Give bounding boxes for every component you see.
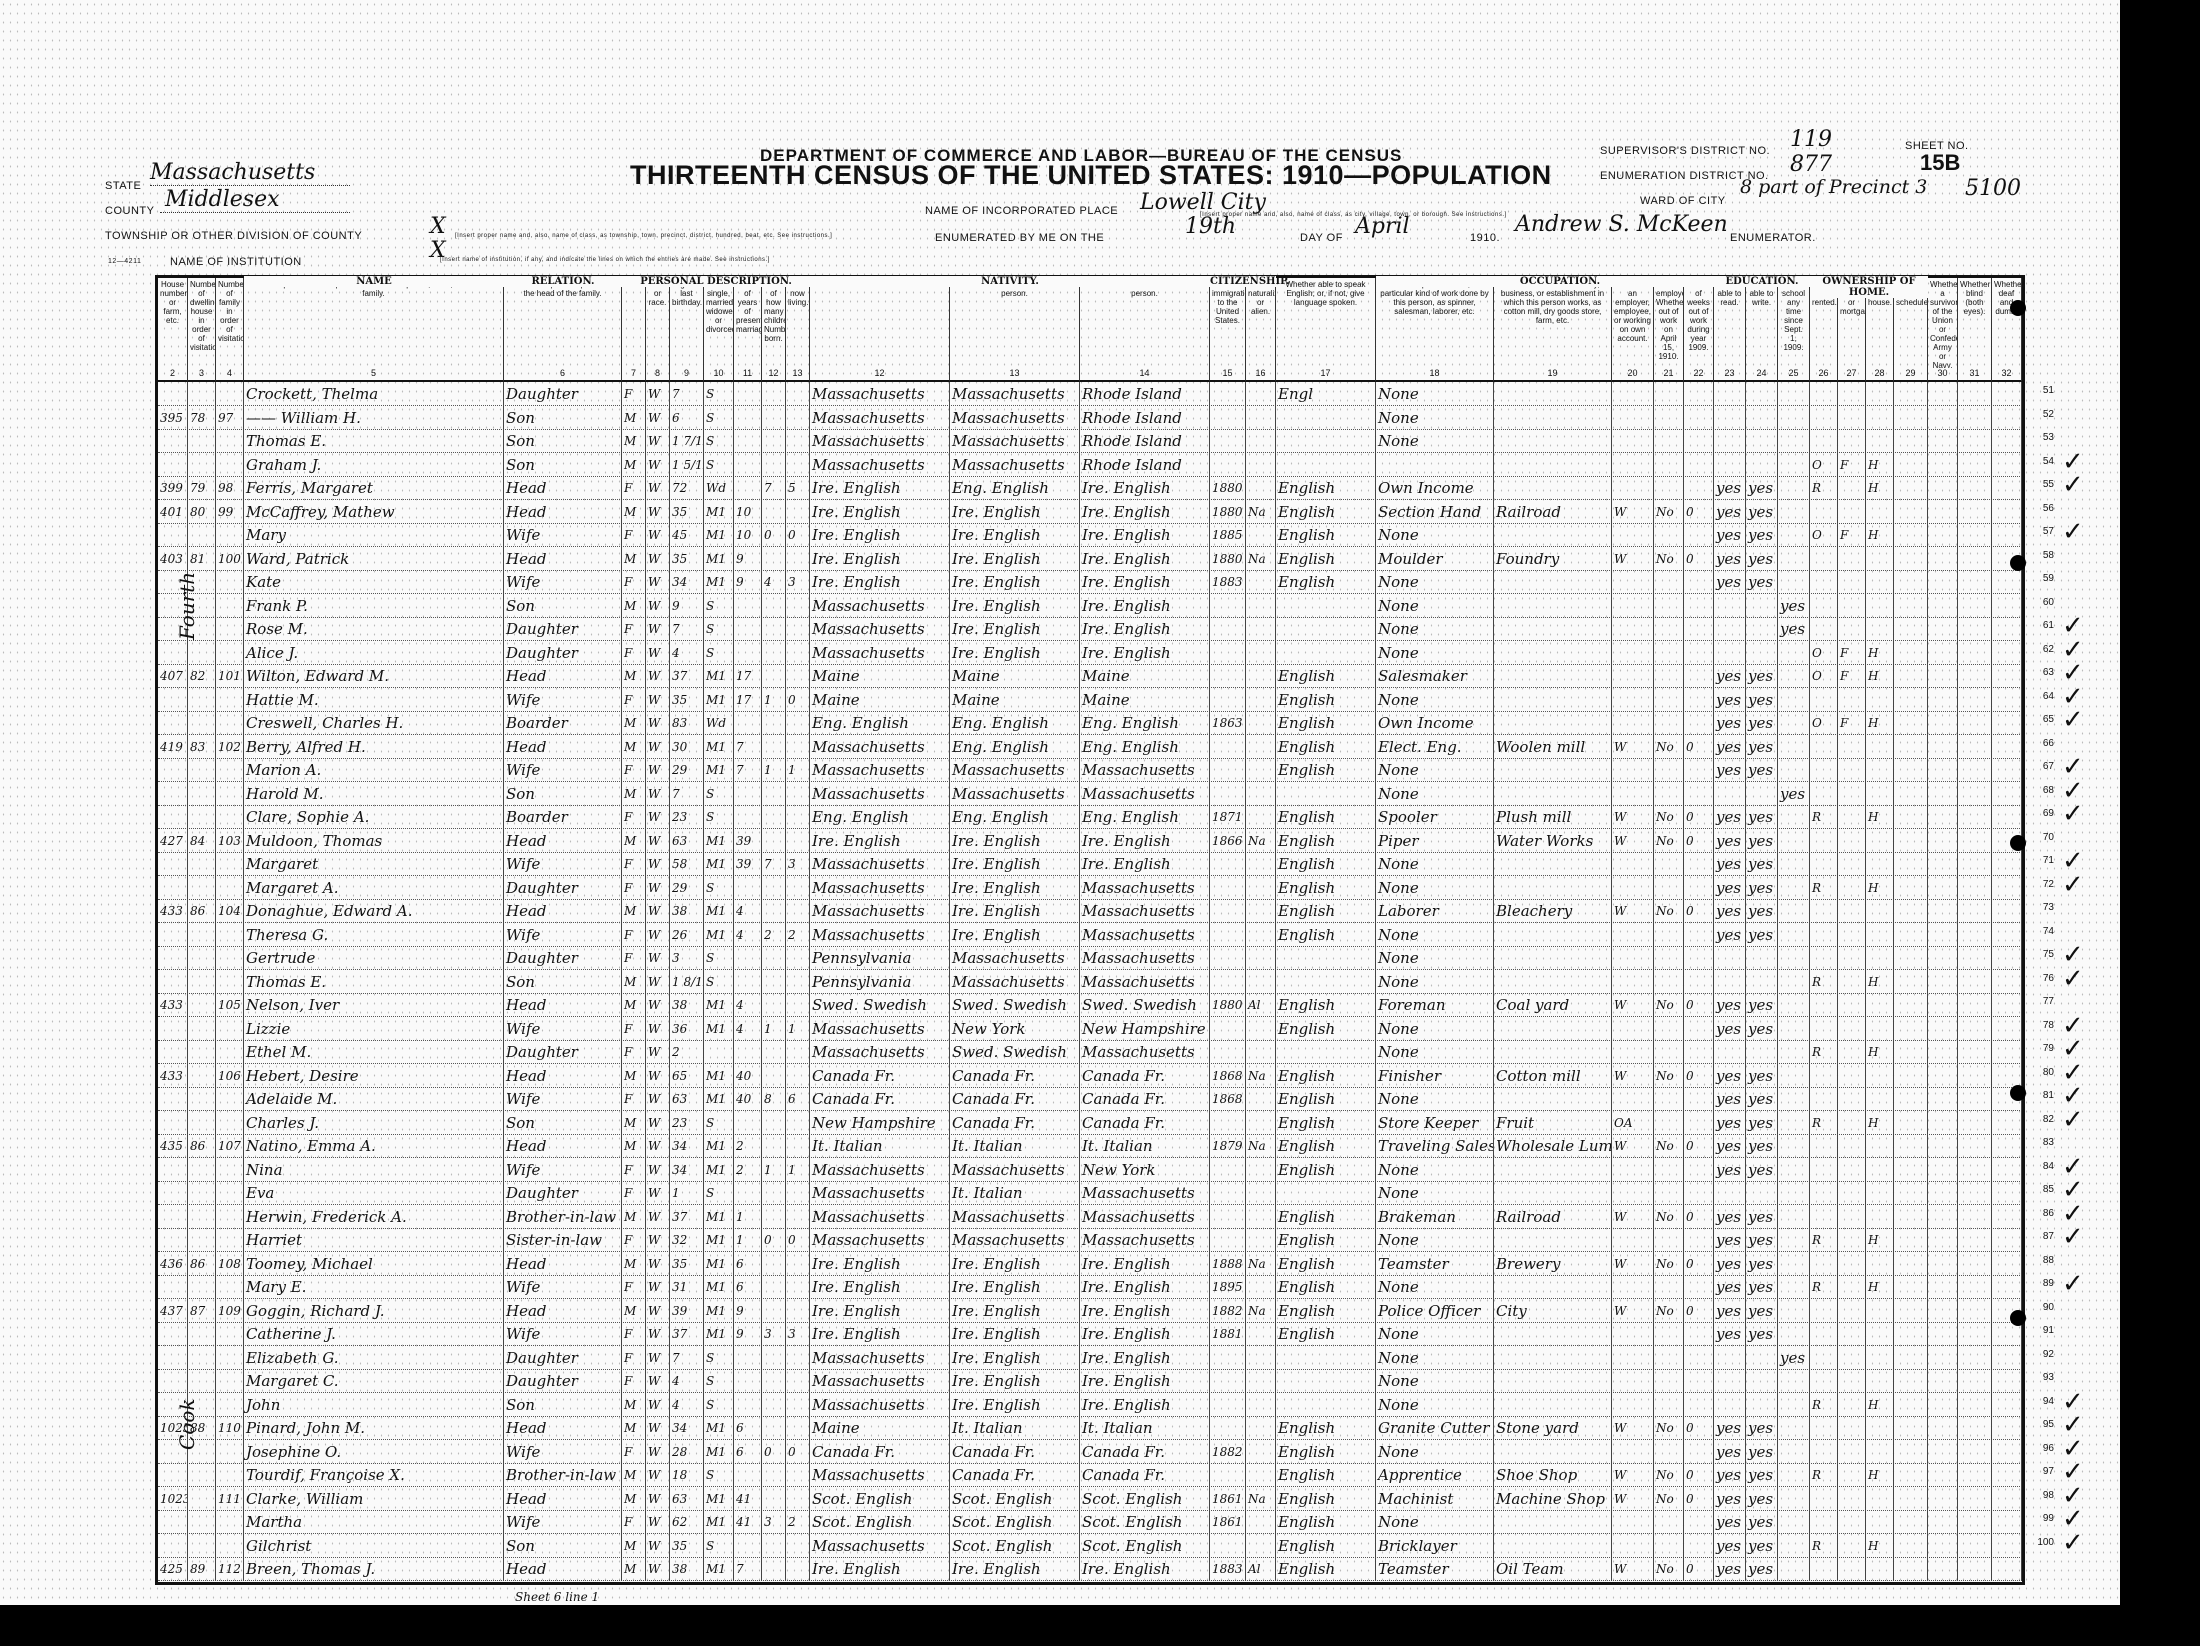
cell-free	[1838, 923, 1866, 947]
cell-house	[158, 641, 188, 665]
cell-age: 63	[670, 829, 704, 853]
cell-house: 433	[158, 899, 188, 923]
cell-farm	[1866, 1299, 1894, 1323]
cell-english: English	[1276, 688, 1376, 712]
cell-natur	[1246, 664, 1276, 688]
cell-race: W	[646, 735, 670, 759]
cell-english: English	[1276, 664, 1376, 688]
cell-age: 35	[670, 547, 704, 571]
cell-out: No	[1654, 899, 1684, 923]
cell-relation: Daughter	[504, 1346, 622, 1370]
cell-blank	[1958, 782, 1992, 806]
line-number: 68	[2030, 785, 2054, 796]
cell-dwelling	[188, 711, 216, 735]
line-number: 55	[2030, 479, 2054, 490]
cell-family	[216, 805, 244, 829]
cell-farm: H	[1866, 1534, 1894, 1558]
cell-race: W	[646, 946, 670, 970]
cell-house	[158, 688, 188, 712]
cell-free	[1838, 993, 1866, 1017]
cell-name: Hebert, Desire	[244, 1064, 504, 1088]
cell-blank	[1992, 453, 2022, 477]
cell-occupation: None	[1376, 852, 1494, 876]
cell-marital: S	[704, 382, 734, 406]
cell-read	[1714, 641, 1746, 665]
cell-write: yes	[1746, 711, 1778, 735]
cell-occupation: None	[1376, 782, 1494, 806]
line-number: 64	[2030, 691, 2054, 702]
cell-marital: M1	[704, 899, 734, 923]
cell-race: W	[646, 899, 670, 923]
cell-mother: Ire. English	[1080, 570, 1210, 594]
cell-father: Ire. English	[950, 547, 1080, 571]
cell-house	[158, 1040, 188, 1064]
cell-occupation: None	[1376, 923, 1494, 947]
cell-blank	[1894, 1158, 1928, 1182]
cell-emp	[1612, 476, 1654, 500]
cell-marital: M1	[704, 523, 734, 547]
cell-blank	[1958, 500, 1992, 524]
cell-sex: F	[622, 758, 646, 782]
cell-blank	[1992, 1017, 2022, 1041]
cell-school	[1778, 1017, 1810, 1041]
cell-occupation: Own Income	[1376, 476, 1494, 500]
cell-immig	[1210, 688, 1246, 712]
cell-born: 0	[762, 523, 786, 547]
table-row: 43386104Donaghue, Edward A.HeadMW38M14Ma…	[158, 899, 2022, 923]
cell-born	[762, 453, 786, 477]
cell-english: English	[1276, 1158, 1376, 1182]
cell-blank	[1992, 1346, 2022, 1370]
cell-family	[216, 688, 244, 712]
cell-father: Massachusetts	[950, 1228, 1080, 1252]
cell-farm	[1866, 735, 1894, 759]
cell-blank	[1894, 1557, 1928, 1581]
cell-blank	[1958, 1017, 1992, 1041]
cell-occupation: None	[1376, 429, 1494, 453]
cell-emp	[1612, 946, 1654, 970]
cell-immig	[1210, 664, 1246, 688]
cell-birth: Scot. English	[810, 1487, 950, 1511]
ward-label: Ward of city	[1640, 195, 1726, 207]
cell-age: 29	[670, 758, 704, 782]
cell-blank	[1928, 1510, 1958, 1534]
cell-weeks	[1684, 758, 1714, 782]
cell-write: yes	[1746, 1134, 1778, 1158]
cell-farm	[1866, 1346, 1894, 1370]
cell-marital: M1	[704, 829, 734, 853]
cell-english: English	[1276, 1487, 1376, 1511]
cell-occupation: None	[1376, 1087, 1494, 1111]
cell-natur: Al	[1246, 993, 1276, 1017]
cell-write: yes	[1746, 1487, 1778, 1511]
cell-years-married	[734, 1393, 762, 1417]
cell-read: yes	[1714, 1134, 1746, 1158]
cell-race: W	[646, 1463, 670, 1487]
cell-years-married: 1	[734, 1228, 762, 1252]
cell-house	[158, 1017, 188, 1041]
cell-age: 72	[670, 476, 704, 500]
cell-read: yes	[1714, 711, 1746, 735]
cell-birth: Ire. English	[810, 1322, 950, 1346]
cell-name: Gilchrist	[244, 1534, 504, 1558]
cell-sex: M	[622, 453, 646, 477]
cell-read: yes	[1714, 1510, 1746, 1534]
cell-out	[1654, 476, 1684, 500]
cell-industry: Railroad	[1494, 1205, 1612, 1229]
cell-write: yes	[1746, 852, 1778, 876]
cell-school	[1778, 641, 1810, 665]
cell-free	[1838, 617, 1866, 641]
cell-english: English	[1276, 876, 1376, 900]
cell-natur	[1246, 1440, 1276, 1464]
cell-blank	[1958, 382, 1992, 406]
cell-english: English	[1276, 1299, 1376, 1323]
checkmark-icon: ✓	[2062, 1063, 2084, 1083]
line-number: 95	[2030, 1419, 2054, 1430]
cell-years-married	[734, 429, 762, 453]
column-header-immig: Year of immigration to the United States…	[1210, 278, 1246, 368]
cell-mother: Ire. English	[1080, 523, 1210, 547]
enum-year: 1910.	[1470, 232, 1500, 244]
cell-immig: 1888	[1210, 1252, 1246, 1276]
column-header-mother: Place of birth of Mother of this person.	[1080, 278, 1210, 368]
cell-age: 7	[670, 782, 704, 806]
cell-years-married: 17	[734, 688, 762, 712]
column-number: 12	[762, 368, 786, 382]
cell-emp	[1612, 1534, 1654, 1558]
cell-blank	[1992, 1463, 2022, 1487]
cell-family	[216, 876, 244, 900]
cell-emp: W	[1612, 1064, 1654, 1088]
cell-age: 7	[670, 617, 704, 641]
cell-relation: Son	[504, 453, 622, 477]
cell-industry: Bleachery	[1494, 899, 1612, 923]
cell-house	[158, 429, 188, 453]
cell-age: 38	[670, 899, 704, 923]
census-table: House number or farm, etc.2Number of dwe…	[155, 275, 2025, 1585]
cell-sex: M	[622, 429, 646, 453]
cell-occupation: None	[1376, 617, 1494, 641]
cell-industry	[1494, 1040, 1612, 1064]
cell-write	[1746, 946, 1778, 970]
checkmark-icon: ✓	[2062, 945, 2084, 965]
cell-immig: 1885	[1210, 523, 1246, 547]
column-header-father: Place of birth of Father of this person.	[950, 278, 1080, 368]
cell-family	[216, 1393, 244, 1417]
cell-blank	[1894, 876, 1928, 900]
cell-family	[216, 1111, 244, 1135]
cell-name: Margaret	[244, 852, 504, 876]
cell-industry: Wholesale Lumber	[1494, 1134, 1612, 1158]
cell-emp	[1612, 758, 1654, 782]
cell-industry	[1494, 1369, 1612, 1393]
line-number: 98	[2030, 1490, 2054, 1501]
cell-sex: F	[622, 1346, 646, 1370]
cell-name: Ethel M.	[244, 1040, 504, 1064]
cell-father: Canada Fr.	[950, 1463, 1080, 1487]
table-row: 42784103Muldoon, ThomasHeadMW63M139Ire. …	[158, 829, 2022, 853]
cell-blank	[1894, 523, 1928, 547]
cell-mother: Maine	[1080, 688, 1210, 712]
cell-out	[1654, 852, 1684, 876]
cell-birth: Ire. English	[810, 1252, 950, 1276]
cell-natur	[1246, 1534, 1276, 1558]
cell-emp	[1612, 429, 1654, 453]
cell-years-married: 2	[734, 1134, 762, 1158]
cell-industry	[1494, 476, 1612, 500]
cell-occupation: Laborer	[1376, 899, 1494, 923]
cell-dwelling	[188, 970, 216, 994]
cell-years-married: 9	[734, 570, 762, 594]
cell-english	[1276, 1369, 1376, 1393]
cell-years-married: 1	[734, 1205, 762, 1229]
cell-blank	[1992, 1416, 2022, 1440]
cell-farm	[1866, 1087, 1894, 1111]
cell-dwelling: 82	[188, 664, 216, 688]
cell-blank	[1928, 735, 1958, 759]
cell-mother: Massachusetts	[1080, 923, 1210, 947]
cell-immig	[1210, 453, 1246, 477]
cell-age: 4	[670, 641, 704, 665]
checkmark-icon: ✓	[2062, 969, 2084, 989]
cell-relation: Daughter	[504, 946, 622, 970]
cell-read: yes	[1714, 829, 1746, 853]
cell-owned: R	[1810, 1040, 1838, 1064]
cell-occupation: None	[1376, 758, 1494, 782]
cell-father: It. Italian	[950, 1134, 1080, 1158]
cell-occupation: Section Hand	[1376, 500, 1494, 524]
cell-immig: 1879	[1210, 1134, 1246, 1158]
cell-farm: H	[1866, 1463, 1894, 1487]
cell-family	[216, 1346, 244, 1370]
cell-years-married: 40	[734, 1087, 762, 1111]
cell-school	[1778, 1534, 1810, 1558]
street-note-cook: Cook	[175, 1398, 199, 1450]
cell-mother: Canada Fr.	[1080, 1087, 1210, 1111]
cell-school	[1778, 1040, 1810, 1064]
cell-immig	[1210, 1416, 1246, 1440]
cell-name: Crockett, Thelma	[244, 382, 504, 406]
cell-natur	[1246, 1275, 1276, 1299]
cell-immig: 1882	[1210, 1440, 1246, 1464]
cell-free	[1838, 805, 1866, 829]
cell-weeks: 0	[1684, 1252, 1714, 1276]
cell-industry	[1494, 923, 1612, 947]
cell-english: English	[1276, 993, 1376, 1017]
cell-birth: Massachusetts	[810, 876, 950, 900]
cell-dwelling	[188, 453, 216, 477]
cell-blank	[1992, 1228, 2022, 1252]
cell-race: W	[646, 1346, 670, 1370]
cell-birth: Swed. Swedish	[810, 993, 950, 1017]
cell-write: yes	[1746, 688, 1778, 712]
cell-name: Nina	[244, 1158, 504, 1182]
cell-immig: 1895	[1210, 1275, 1246, 1299]
cell-free	[1838, 735, 1866, 759]
cell-blank	[1992, 711, 2022, 735]
cell-english: English	[1276, 476, 1376, 500]
cell-owned	[1810, 617, 1838, 641]
cell-blank	[1928, 476, 1958, 500]
cell-house	[158, 1111, 188, 1135]
cell-marital: M1	[704, 1017, 734, 1041]
cell-owned	[1810, 429, 1838, 453]
cell-school	[1778, 946, 1810, 970]
column-header-emp: Whether an employer, employee, or workin…	[1612, 278, 1654, 368]
cell-natur	[1246, 946, 1276, 970]
cell-living	[786, 1369, 810, 1393]
cell-house	[158, 852, 188, 876]
cell-birth: Massachusetts	[810, 782, 950, 806]
cell-read: yes	[1714, 500, 1746, 524]
line-number: 80	[2030, 1067, 2054, 1078]
cell-family	[216, 429, 244, 453]
cell-emp	[1612, 688, 1654, 712]
cell-blank	[1958, 1087, 1992, 1111]
line-number: 76	[2030, 973, 2054, 984]
cell-emp: W	[1612, 1416, 1654, 1440]
cell-industry: Cotton mill	[1494, 1064, 1612, 1088]
cell-marital: S	[704, 1181, 734, 1205]
cell-race: W	[646, 523, 670, 547]
table-row: Frank P.SonMW9SMassachusettsIre. English…	[158, 594, 2022, 618]
cell-blank	[1894, 1416, 1928, 1440]
cell-out	[1654, 382, 1684, 406]
cell-born	[762, 1299, 786, 1323]
cell-living	[786, 1111, 810, 1135]
cell-family	[216, 1275, 244, 1299]
cell-blank	[1928, 852, 1958, 876]
cell-emp	[1612, 782, 1654, 806]
cell-weeks: 0	[1684, 805, 1714, 829]
cell-race: W	[646, 429, 670, 453]
cell-farm	[1866, 1416, 1894, 1440]
cell-blank	[1928, 429, 1958, 453]
cell-emp	[1612, 1181, 1654, 1205]
cell-free	[1838, 570, 1866, 594]
cell-name: Natino, Emma A.	[244, 1134, 504, 1158]
cell-house: 399	[158, 476, 188, 500]
cell-name: —— William H.	[244, 406, 504, 430]
cell-write: yes	[1746, 1322, 1778, 1346]
cell-race: W	[646, 1017, 670, 1041]
cell-father: Ire. English	[950, 1369, 1080, 1393]
cell-blank	[1992, 1205, 2022, 1229]
line-number: 59	[2030, 573, 2054, 584]
table-row: MaryWifeFW45M11000Ire. EnglishIre. Engli…	[158, 523, 2022, 547]
cell-blank	[1894, 500, 1928, 524]
line-number: 79	[2030, 1043, 2054, 1054]
cell-natur	[1246, 641, 1276, 665]
enumerator-label: Enumerator.	[1730, 232, 1816, 244]
cell-race: W	[646, 1158, 670, 1182]
cell-out: No	[1654, 1299, 1684, 1323]
cell-dwelling: 80	[188, 500, 216, 524]
cell-born	[762, 406, 786, 430]
cell-race: W	[646, 1416, 670, 1440]
cell-immig: 1880	[1210, 993, 1246, 1017]
cell-school	[1778, 476, 1810, 500]
institution-hint: [Insert name of institution, if any, and…	[440, 257, 770, 263]
cell-mother: Massachusetts	[1080, 970, 1210, 994]
cell-owned	[1810, 688, 1838, 712]
supervisor-label: Supervisor's District No.	[1600, 145, 1770, 157]
cell-years-married	[734, 453, 762, 477]
cell-house	[158, 711, 188, 735]
cell-out	[1654, 664, 1684, 688]
line-number: 93	[2030, 1372, 2054, 1383]
cell-owned: O	[1810, 664, 1838, 688]
cell-born: 7	[762, 476, 786, 500]
cell-birth: Massachusetts	[810, 1040, 950, 1064]
cell-occupation: None	[1376, 1275, 1494, 1299]
cell-occupation: Finisher	[1376, 1064, 1494, 1088]
cell-blank	[1928, 1158, 1958, 1182]
cell-occupation: None	[1376, 382, 1494, 406]
table-row: 40381100Ward, PatrickHeadMW35M19Ire. Eng…	[158, 547, 2022, 571]
cell-blank	[1894, 594, 1928, 618]
column-header-birth: Place of birth of this Person.	[810, 278, 950, 368]
cell-blank	[1928, 453, 1958, 477]
cell-emp	[1612, 923, 1654, 947]
cell-farm	[1866, 617, 1894, 641]
cell-school	[1778, 547, 1810, 571]
cell-natur	[1246, 1393, 1276, 1417]
cell-father: Massachusetts	[950, 782, 1080, 806]
cell-dwelling	[188, 1111, 216, 1135]
cell-age: 34	[670, 1416, 704, 1440]
cell-living	[786, 1252, 810, 1276]
cell-occupation: None	[1376, 1228, 1494, 1252]
cell-english: English	[1276, 1440, 1376, 1464]
cell-years-married: 4	[734, 899, 762, 923]
cell-born: 2	[762, 923, 786, 947]
cell-natur	[1246, 453, 1276, 477]
cell-industry	[1494, 1017, 1612, 1041]
cell-born	[762, 1463, 786, 1487]
cell-age: 39	[670, 1299, 704, 1323]
cell-english: English	[1276, 1064, 1376, 1088]
column-number: 3	[188, 368, 216, 382]
line-number: 75	[2030, 949, 2054, 960]
line-number: 86	[2030, 1208, 2054, 1219]
cell-name: Thomas E.	[244, 970, 504, 994]
cell-occupation: None	[1376, 970, 1494, 994]
cell-blank	[1894, 899, 1928, 923]
column-number: 30	[1928, 368, 1958, 382]
cell-family: 100	[216, 547, 244, 571]
cell-living	[786, 1064, 810, 1088]
cell-relation: Brother-in-law	[504, 1205, 622, 1229]
cell-relation: Sister-in-law	[504, 1228, 622, 1252]
cell-english	[1276, 1393, 1376, 1417]
cell-emp	[1612, 453, 1654, 477]
cell-blank	[1894, 429, 1928, 453]
cell-living: 2	[786, 1510, 810, 1534]
cell-living: 3	[786, 852, 810, 876]
cell-immig	[1210, 923, 1246, 947]
cell-write	[1746, 970, 1778, 994]
cell-birth: Massachusetts	[810, 1534, 950, 1558]
cell-blank	[1894, 1440, 1928, 1464]
cell-race: W	[646, 1393, 670, 1417]
cell-natur	[1246, 1463, 1276, 1487]
cell-living: 3	[786, 570, 810, 594]
cell-english: English	[1276, 1134, 1376, 1158]
cell-blank	[1992, 641, 2022, 665]
cell-father: Canada Fr.	[950, 1111, 1080, 1135]
